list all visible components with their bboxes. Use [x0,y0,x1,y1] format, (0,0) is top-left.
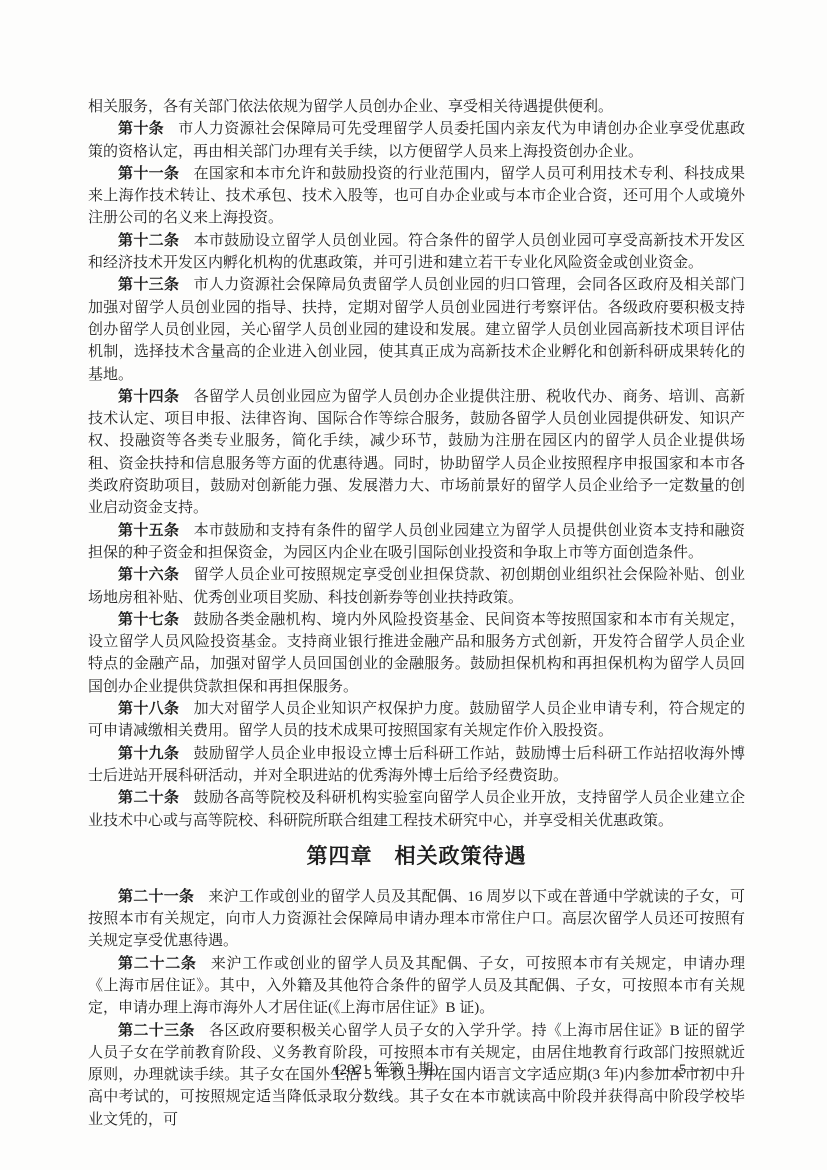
article-15-label: 第十五条 [118,522,179,539]
document-page: 相关服务，各有关部门依法依规为留学人员创办企业、享受相关待遇提供便利。 第十条市… [0,0,827,1170]
article-16-text: 留学人员企业可按照规定享受创业担保贷款、初创期创业组织社会保险补贴、创业场地房租… [88,567,745,605]
article-20-paragraph: 第二十条鼓励各高等院校及科研机构实验室向留学人员企业开放，支持留学人员企业建立企… [88,787,745,832]
article-10-text: 市人力资源社会保障局可先受理留学人员委托国内亲友代为申请创办企业享受优惠政策的资… [88,121,745,159]
article-18-label: 第十八条 [118,700,179,717]
page-footer: (2021 年第 5 期) — 5 — [88,1058,745,1082]
article-11-label: 第十一条 [118,165,179,182]
article-23-label: 第二十三条 [118,1022,195,1039]
article-14-paragraph: 第十四条各留学人员创业园应为留学人员创办企业提供注册、税收代办、商务、培训、高新… [88,386,745,520]
footer-page-number: — 5 — [656,1058,711,1082]
article-16-paragraph: 第十六条留学人员企业可按照规定享受创业担保贷款、初创期创业组织社会保险补贴、创业… [88,564,745,609]
article-21-paragraph: 第二十一条来沪工作或创业的留学人员及其配偶、16 周岁以下或在普通中学就读的子女… [88,886,745,953]
article-22-label: 第二十二条 [118,955,197,972]
article-14-text: 各留学人员创业园应为留学人员创办企业提供注册、税收代办、商务、培训、高新技术认定… [88,389,745,516]
article-17-label: 第十七条 [118,611,179,628]
article-19-text: 鼓励留学人员企业申报设立博士后科研工作站，鼓励博士后科研工作站招收海外博士后进站… [88,746,745,784]
article-12-label: 第十二条 [118,232,179,249]
article-12-text: 本市鼓励设立留学人员创业园。符合条件的留学人员创业园可享受高新技术开发区和经济技… [88,233,745,271]
chapter-heading: 第四章 相关政策待遇 [88,843,745,871]
article-13-label: 第十三条 [118,276,179,293]
article-11-paragraph: 第十一条在国家和本市允许和鼓励投资的行业范围内，留学人员可利用技术专利、科技成果… [88,163,745,230]
article-22-paragraph: 第二十二条来沪工作或创业的留学人员及其配偶、子女，可按照本市有关规定，申请办理《… [88,953,745,1020]
article-17-paragraph: 第十七条鼓励各类金融机构、境内外风险投资基金、民间资本等按照国家和本市有关规定，… [88,609,745,698]
paragraph-text: 相关服务，各有关部门依法依规为留学人员创办企业、享受相关待遇提供便利。 [88,99,613,115]
article-18-paragraph: 第十八条加大对留学人员企业知识产权保护力度。鼓励留学人员企业申请专利，符合规定的… [88,698,745,743]
article-20-label: 第二十条 [118,789,179,806]
footer-issue-label: (2021 年第 5 期) [88,1058,685,1082]
article-14-label: 第十四条 [118,388,179,405]
article-21-label: 第二十一条 [118,888,194,905]
article-13-paragraph: 第十三条市人力资源社会保障局负责留学人员创业园的归口管理，会同各区政府及相关部门… [88,274,745,385]
article-15-paragraph: 第十五条本市鼓励和支持有条件的留学人员创业园建立为留学人员提供创业资本支持和融资… [88,520,745,565]
article-19-label: 第十九条 [118,745,179,762]
article-19-paragraph: 第十九条鼓励留学人员企业申报设立博士后科研工作站，鼓励博士后科研工作站招收海外博… [88,743,745,788]
article-11-text: 在国家和本市允许和鼓励投资的行业范围内，留学人员可利用技术专利、科技成果来上海作… [88,166,745,227]
article-10-paragraph: 第十条市人力资源社会保障局可先受理留学人员委托国内亲友代为申请创办企业享受优惠政… [88,118,745,163]
article-10-label: 第十条 [118,120,164,137]
article-13-text: 市人力资源社会保障局负责留学人员创业园的归口管理，会同各区政府及相关部门加强对留… [88,277,745,382]
continuation-paragraph: 相关服务，各有关部门依法依规为留学人员创办企业、享受相关待遇提供便利。 [88,96,745,118]
article-20-text: 鼓励各高等院校及科研机构实验室向留学人员企业开放，支持留学人员企业建立企业技术中… [88,790,745,828]
article-12-paragraph: 第十二条本市鼓励设立留学人员创业园。符合条件的留学人员创业园可享受高新技术开发区… [88,230,745,275]
article-18-text: 加大对留学人员企业知识产权保护力度。鼓励留学人员企业申请专利，符合规定的可申请减… [88,701,745,739]
article-15-text: 本市鼓励和支持有条件的留学人员创业园建立为留学人员提供创业资本支持和融资担保的种… [88,523,745,561]
article-17-text: 鼓励各类金融机构、境内外风险投资基金、民间资本等按照国家和本市有关规定，设立留学… [88,612,745,695]
article-16-label: 第十六条 [118,566,179,583]
